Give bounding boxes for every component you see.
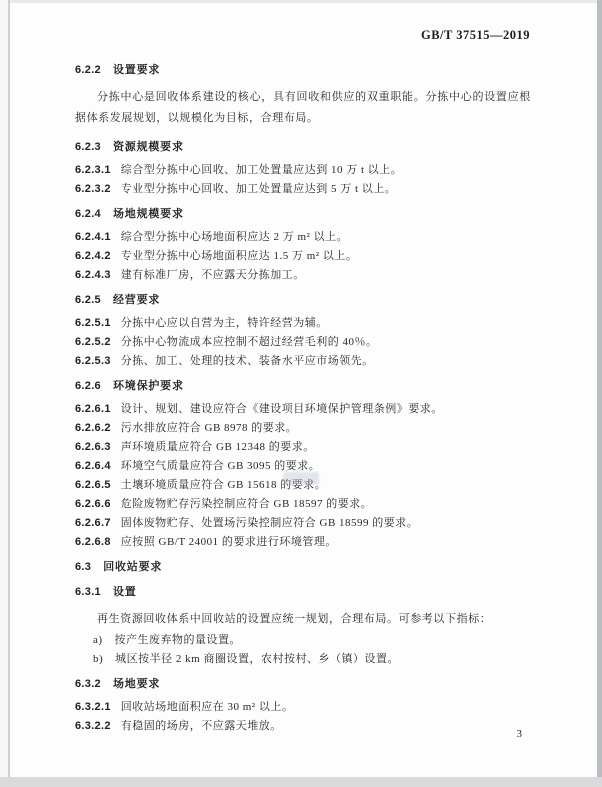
clause-text: 专业型分拣中心回收、加工处置量应达到 5 万 t 以上。 bbox=[121, 183, 397, 195]
clause-text: 综合型分拣中心场地面积应达 2 万 m² 以上。 bbox=[121, 231, 348, 243]
clause-line: 6.2.3.1综合型分拣中心回收、加工处置量应达到 10 万 t 以上。 bbox=[75, 164, 531, 177]
clause-text: 综合型分拣中心回收、加工处置量应达到 10 万 t 以上。 bbox=[121, 164, 403, 176]
clause-line: 6.2.5.2分拣中心物流成本应控制不超过经营毛利的 40％。 bbox=[75, 336, 531, 349]
clause-line: 6.3.2.1回收站场地面积应在 30 m² 以上。 bbox=[75, 701, 531, 714]
section-title: 经营要求 bbox=[113, 294, 160, 306]
clause-number: 6.2.4.3 bbox=[75, 269, 111, 281]
paragraph: 再生资源回收体系中回收站的设置应统一规划，合理布局。可参考以下指标： bbox=[75, 609, 531, 630]
clause-text: 建有标准厂房，不应露天分拣加工。 bbox=[121, 269, 305, 281]
clause-number: 6.2.4.2 bbox=[75, 250, 111, 262]
clause-text: 分拣中心物流成本应控制不超过经营毛利的 40％。 bbox=[121, 336, 378, 348]
clause-number: 6.2.6.2 bbox=[75, 422, 111, 434]
clause-number: 6.2.6.7 bbox=[75, 517, 111, 529]
clause-line: 6.2.5.1分拣中心应以自营为主，特许经营为辅。 bbox=[75, 317, 531, 330]
section-number: 6.3.2 bbox=[75, 678, 101, 690]
scan-edge-right bbox=[597, 0, 602, 787]
section-number: 6.2.5 bbox=[75, 294, 101, 306]
clause-text: 分拣中心应以自营为主，特许经营为辅。 bbox=[121, 317, 328, 329]
section-heading: 6.3回收站要求 bbox=[75, 561, 531, 574]
section-number: 6.2.4 bbox=[75, 208, 101, 220]
section-heading: 6.2.3资源规模要求 bbox=[75, 141, 531, 154]
section-title: 资源规模要求 bbox=[113, 141, 184, 153]
clause-line: 6.2.6.1设计、规划、建设应符合《建设项目环境保护管理条例》要求。 bbox=[75, 403, 531, 416]
clause-number: 6.2.4.1 bbox=[75, 231, 111, 243]
clause-line: 6.2.6.6危险废物贮存污染控制应符合 GB 18597 的要求。 bbox=[75, 498, 531, 511]
clause-line: 6.2.6.8应按照 GB/T 24001 的要求进行环境管理。 bbox=[75, 536, 531, 549]
section-number: 6.3.1 bbox=[75, 586, 101, 598]
clause-line: 6.2.6.7固体废物贮存、处置场污染控制应符合 GB 18599 的要求。 bbox=[75, 517, 531, 530]
section-title: 场地规模要求 bbox=[113, 208, 184, 220]
scan-edge-top bbox=[0, 0, 602, 3]
section-heading: 6.2.4场地规模要求 bbox=[75, 208, 531, 221]
clause-line: 6.2.5.3分拣、加工、处理的技术、装备水平应市场领先。 bbox=[75, 355, 531, 368]
clause-line: 6.2.6.2污水排放应符合 GB 8978 的要求。 bbox=[75, 422, 531, 435]
standard-code-header: GB/T 37515—2019 bbox=[421, 28, 530, 43]
clause-number: 6.2.6.5 bbox=[75, 479, 111, 491]
clause-text: 有稳固的场房，不应露天堆放。 bbox=[121, 720, 282, 732]
section-number: 6.2.3 bbox=[75, 141, 101, 153]
clause-text: 分拣、加工、处理的技术、装备水平应市场领先。 bbox=[121, 355, 374, 367]
scan-watermark bbox=[283, 472, 319, 485]
list-text: 城区按半径 2 km 商圈设置，农村按村、乡（镇）设置。 bbox=[115, 653, 399, 665]
clause-number: 6.2.6.6 bbox=[75, 498, 111, 510]
scan-edge-bottom bbox=[0, 777, 602, 787]
clause-line: 6.2.4.2专业型分拣中心场地面积应达 1.5 万 m² 以上。 bbox=[75, 250, 531, 263]
clause-number: 6.2.6.8 bbox=[75, 536, 111, 548]
clause-number: 6.2.5.1 bbox=[75, 317, 111, 329]
section-title: 设置 bbox=[113, 586, 137, 598]
clause-text: 专业型分拣中心场地面积应达 1.5 万 m² 以上。 bbox=[121, 250, 358, 262]
paragraph: 分拣中心是回收体系建设的核心，具有回收和供应的双重职能。分拣中心的设置应根据体系… bbox=[75, 87, 531, 129]
clause-number: 6.3.2.1 bbox=[75, 701, 111, 713]
clause-text: 危险废物贮存污染控制应符合 GB 18597 的要求。 bbox=[121, 498, 373, 510]
document-body: 6.2.2设置要求 分拣中心是回收体系建设的核心，具有回收和供应的双重职能。分拣… bbox=[75, 52, 531, 739]
clause-text: 设计、规划、建设应符合《建设项目环境保护管理条例》要求。 bbox=[121, 403, 443, 415]
list-item: b)城区按半径 2 km 商圈设置，农村按村、乡（镇）设置。 bbox=[93, 653, 531, 666]
section-title: 场地要求 bbox=[113, 678, 160, 690]
clause-number: 6.2.6.3 bbox=[75, 441, 111, 453]
clause-text: 环境空气质量应符合 GB 3095 的要求。 bbox=[121, 460, 321, 472]
list-marker: a) bbox=[93, 634, 103, 646]
clause-number: 6.3.2.2 bbox=[75, 720, 111, 732]
clause-text: 回收站场地面积应在 30 m² 以上。 bbox=[121, 701, 294, 713]
clause-line: 6.2.3.2专业型分拣中心回收、加工处置量应达到 5 万 t 以上。 bbox=[75, 183, 531, 196]
clause-number: 6.2.6.4 bbox=[75, 460, 111, 472]
section-title: 回收站要求 bbox=[103, 561, 162, 573]
clause-text: 固体废物贮存、处置场污染控制应符合 GB 18599 的要求。 bbox=[121, 517, 419, 529]
section-number: 6.2.6 bbox=[75, 380, 101, 392]
clause-number: 6.2.5.2 bbox=[75, 336, 111, 348]
section-heading: 6.3.1设置 bbox=[75, 586, 531, 599]
clause-number: 6.2.5.3 bbox=[75, 355, 111, 367]
clause-line: 6.2.4.1综合型分拣中心场地面积应达 2 万 m² 以上。 bbox=[75, 231, 531, 244]
section-heading: 6.3.2场地要求 bbox=[75, 678, 531, 691]
list-text: 按产生废弃物的量设置。 bbox=[115, 634, 242, 646]
clause-number: 6.2.3.2 bbox=[75, 183, 111, 195]
clause-text: 污水排放应符合 GB 8978 的要求。 bbox=[121, 422, 298, 434]
section-heading: 6.2.2设置要求 bbox=[75, 64, 531, 77]
clause-line: 6.2.6.3声环境质量应符合 GB 12348 的要求。 bbox=[75, 441, 531, 454]
page-number: 3 bbox=[517, 728, 523, 740]
section-heading: 6.2.5经营要求 bbox=[75, 294, 531, 307]
section-heading: 6.2.6环境保护要求 bbox=[75, 380, 531, 393]
section-number: 6.3 bbox=[75, 561, 91, 573]
clause-text: 应按照 GB/T 24001 的要求进行环境管理。 bbox=[121, 536, 337, 548]
clause-number: 6.2.3.1 bbox=[75, 164, 111, 176]
clause-line: 6.2.4.3建有标准厂房，不应露天分拣加工。 bbox=[75, 269, 531, 282]
clause-number: 6.2.6.1 bbox=[75, 403, 111, 415]
list-item: a)按产生废弃物的量设置。 bbox=[93, 634, 531, 647]
clause-line: 6.3.2.2有稳固的场房，不应露天堆放。 bbox=[75, 720, 531, 733]
list-marker: b) bbox=[93, 653, 103, 665]
section-number: 6.2.2 bbox=[75, 64, 101, 76]
scan-edge-left-line bbox=[8, 0, 10, 787]
section-title: 环境保护要求 bbox=[113, 380, 184, 392]
section-title: 设置要求 bbox=[113, 64, 160, 76]
scan-edge-left bbox=[0, 0, 8, 787]
clause-text: 声环境质量应符合 GB 12348 的要求。 bbox=[121, 441, 315, 453]
